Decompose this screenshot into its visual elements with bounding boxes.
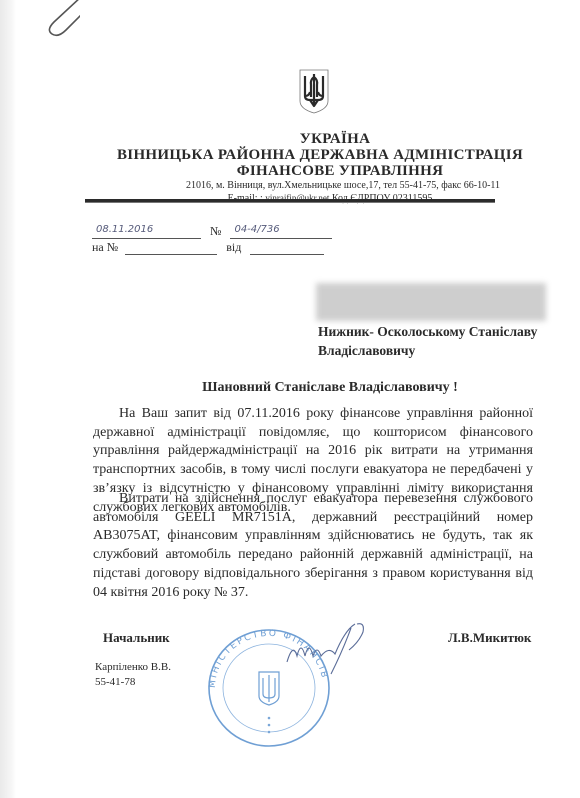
salutation: Шановний Станіславе Владіславовичу ! xyxy=(40,380,580,396)
reply-to-label: на № xyxy=(92,240,118,254)
outgoing-number: 04-4/736 xyxy=(230,224,332,239)
signer-title: Начальник xyxy=(103,630,170,646)
header-divider xyxy=(85,199,495,203)
handwritten-signature xyxy=(285,620,395,680)
incoming-registration: на № від xyxy=(92,240,324,255)
country-title: УКРАЇНА xyxy=(90,131,580,147)
number-label: № xyxy=(210,224,221,238)
address-line: 21016, м. Вінниця, вул.Хмельницьке шосе,… xyxy=(106,179,580,192)
outgoing-date: 08.11.2016 xyxy=(92,224,201,239)
executor-block: Карпіленко В.В. 55-41-78 xyxy=(95,660,171,690)
from-label: від xyxy=(226,240,241,254)
scan-page-edge xyxy=(0,0,16,798)
redacted-address-block xyxy=(316,283,546,321)
executor-name: Карпіленко В.В. xyxy=(95,660,171,675)
organization-title: ВІННИЦЬКА РАЙОННА ДЕРЖАВНА АДМІНІСТРАЦІЯ xyxy=(60,147,580,163)
body-paragraph-2: Витрати на здійснення послуг евакуатора … xyxy=(93,490,533,602)
recipient-line-2: Владіславовичу xyxy=(318,341,537,360)
department-title: ФІНАНСОВЕ УПРАВЛІННЯ xyxy=(100,163,580,179)
outgoing-registration: 08.11.2016 № 04-4/736 xyxy=(92,224,332,239)
letterhead: УКРАЇНА ВІННИЦЬКА РАЙОННА ДЕРЖАВНА АДМІН… xyxy=(0,131,580,205)
trident-icon xyxy=(299,69,329,114)
from-date xyxy=(250,240,324,255)
recipient-block: Нижник- Осколоському Станіславу Владісла… xyxy=(318,322,537,360)
signer-name: Л.В.Микитюк xyxy=(448,630,531,646)
recipient-line-1: Нижник- Осколоському Станіславу xyxy=(318,322,537,341)
reply-to-number xyxy=(125,240,217,255)
paperclip-icon xyxy=(20,0,80,48)
executor-phone: 55-41-78 xyxy=(95,675,171,690)
